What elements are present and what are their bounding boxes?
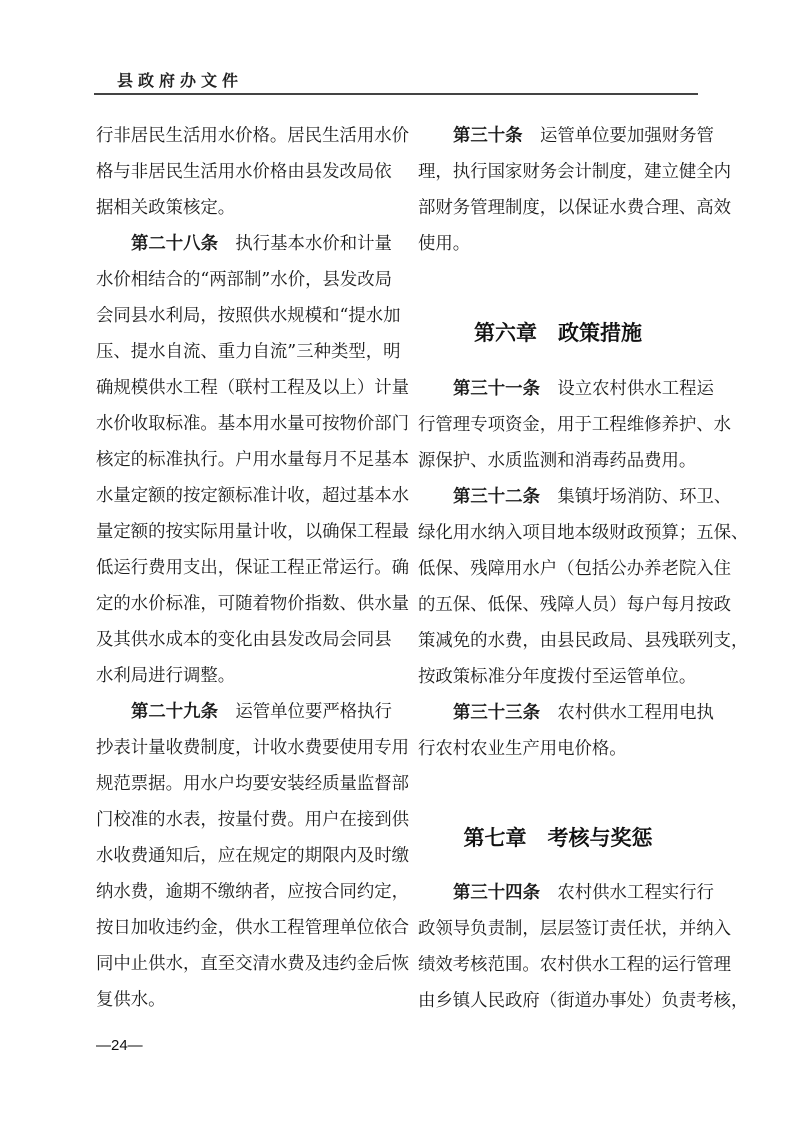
article-first-line: 第三十四条 农村供水工程实行行 xyxy=(418,881,698,905)
text-line: 政领导负责制，层层签订责任状，并纳入 xyxy=(418,917,698,941)
text-line: 由乡镇人民政府（街道办事处）负责考核， xyxy=(418,989,698,1013)
chapter-heading: 第六章 政策措施 xyxy=(418,318,698,348)
article-first-line: 第二十九条 运管单位要严格执行 xyxy=(96,700,376,724)
text-line: 会同县水利局，按照供水规模和“提水加 xyxy=(96,304,376,328)
text-line: 低运行费用支出，保证工程正常运行。确 xyxy=(96,556,376,580)
text-line: 抄表计量收费制度，计收水费要使用专用 xyxy=(96,736,376,760)
chapter-title: 政策措施 xyxy=(558,321,642,345)
spacer xyxy=(540,703,557,723)
article-text: 农村供水工程实行行 xyxy=(557,883,714,903)
article-text: 农村供水工程用电执 xyxy=(557,703,714,723)
article-first-line: 第二十八条 执行基本水价和计量 xyxy=(96,232,376,256)
article-number: 第二十九条 xyxy=(131,702,218,722)
text-line: 按日加收违约金，供水工程管理单位依合 xyxy=(96,916,376,940)
spacer xyxy=(540,379,557,399)
text-line: 水价相结合的“两部制”水价，县发改局 xyxy=(96,268,376,292)
text-line: 压、提水自流、重力自流”三种类型，明 xyxy=(96,340,376,364)
text-line: 核定的标准执行。户用水量每月不足基本 xyxy=(96,448,376,472)
spacer xyxy=(540,487,557,507)
article-first-line: 第三十二条 集镇圩场消防、环卫、 xyxy=(418,485,698,509)
article-text: 执行基本水价和计量 xyxy=(235,234,392,254)
article-number: 第三十条 xyxy=(453,126,523,146)
article-text: 运管单位要严格执行 xyxy=(235,702,392,722)
chapter-number: 第七章 xyxy=(464,826,527,850)
article-number: 第三十一条 xyxy=(453,379,540,399)
spacer xyxy=(218,702,235,722)
text-line: 行非居民生活用水价格。居民生活用水价 xyxy=(96,124,376,148)
chapter-heading: 第七章 考核与奖惩 xyxy=(418,823,698,853)
article-first-line: 第三十三条 农村供水工程用电执 xyxy=(418,701,698,725)
text-line: 确规模供水工程（联村工程及以上）计量 xyxy=(96,376,376,400)
running-head-title: 县政府办文件 xyxy=(117,68,243,91)
chapter-number: 第六章 xyxy=(474,321,537,345)
text-line: 同中止供水，直至交清水费及违约金后恢 xyxy=(96,952,376,976)
spacer xyxy=(218,234,235,254)
text-line: 量定额的按实际用量计收，以确保工程最 xyxy=(96,520,376,544)
text-line: 的五保、低保、残障人员）每户每月按政 xyxy=(418,593,698,617)
text-line: 门校准的水表，按量付费。用户在接到供 xyxy=(96,808,376,832)
text-line: 水利局进行调整。 xyxy=(96,664,376,688)
article-text: 集镇圩场消防、环卫、 xyxy=(557,487,731,507)
spacer xyxy=(527,826,548,850)
article-text: 运管单位要加强财务管 xyxy=(540,126,714,146)
text-line: 部财务管理制度，以保证水费合理、高效 xyxy=(418,196,698,220)
text-line: 理，执行国家财务会计制度，建立健全内 xyxy=(418,160,698,184)
document-page: 县政府办文件 行非居民生活用水价格。居民生活用水价格与非居民生活用水价格由县发改… xyxy=(0,0,793,1122)
text-line: 规范票据。用水户均要安装经质量监督部 xyxy=(96,772,376,796)
article-number: 第三十二条 xyxy=(453,487,540,507)
text-line: 策减免的水费，由县民政局、县残联列支， xyxy=(418,629,698,653)
text-line: 纳水费，逾期不缴纳者，应按合同约定， xyxy=(96,880,376,904)
text-line: 源保护、水质监测和消毒药品费用。 xyxy=(418,449,698,473)
spacer xyxy=(540,883,557,903)
text-line: 低保、残障用水户（包括公办养老院入住 xyxy=(418,557,698,581)
text-line: 据相关政策核定。 xyxy=(96,196,376,220)
text-line: 行管理专项资金，用于工程维修养护、水 xyxy=(418,413,698,437)
article-number: 第二十八条 xyxy=(131,234,218,254)
text-line: 复供水。 xyxy=(96,988,376,1012)
text-line: 行农村农业生产用电价格。 xyxy=(418,737,698,761)
text-line: 定的水价标准，可随着物价指数、供水量 xyxy=(96,592,376,616)
article-first-line: 第三十一条 设立农村供水工程运 xyxy=(418,377,698,401)
text-line: 格与非居民生活用水价格由县发改局依 xyxy=(96,160,376,184)
text-line: 使用。 xyxy=(418,232,698,256)
spacer xyxy=(523,126,540,146)
header-rule xyxy=(94,93,698,95)
article-first-line: 第三十条 运管单位要加强财务管 xyxy=(418,124,698,148)
page-number: —24— xyxy=(96,1037,143,1054)
text-line: 绿化用水纳入项目地本级财政预算；五保、 xyxy=(418,521,698,545)
text-line: 及其供水成本的变化由县发改局会同县 xyxy=(96,628,376,652)
text-line: 水量定额的按定额标准计收，超过基本水 xyxy=(96,484,376,508)
text-line: 水价收取标准。基本用水量可按物价部门 xyxy=(96,412,376,436)
spacer xyxy=(537,321,558,345)
text-line: 绩效考核范围。农村供水工程的运行管理 xyxy=(418,953,698,977)
chapter-title: 考核与奖惩 xyxy=(548,826,653,850)
article-number: 第三十四条 xyxy=(453,883,540,903)
article-text: 设立农村供水工程运 xyxy=(557,379,714,399)
article-number: 第三十三条 xyxy=(453,703,540,723)
text-line: 水收费通知后，应在规定的期限内及时缴 xyxy=(96,844,376,868)
text-line: 按政策标准分年度拨付至运管单位。 xyxy=(418,665,698,689)
